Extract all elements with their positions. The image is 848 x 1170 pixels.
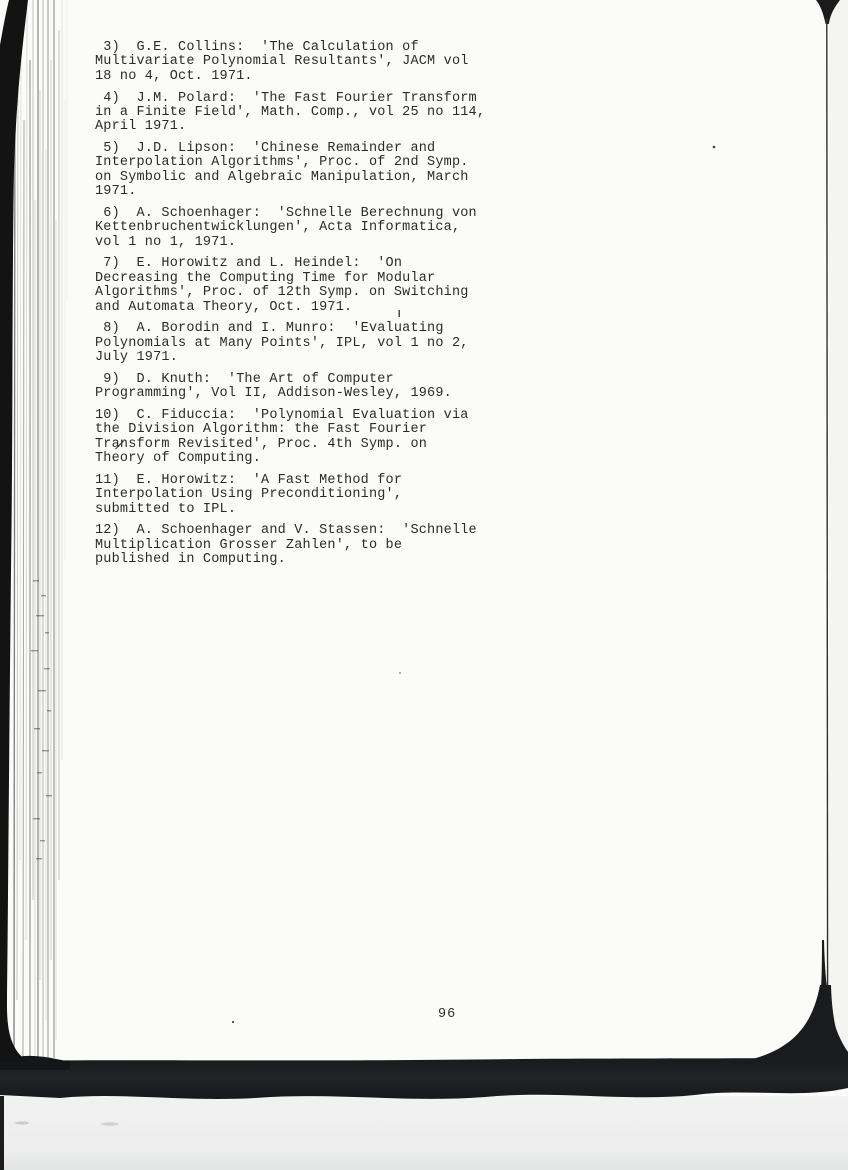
reference-line: Multiplication Grosser Zahlen', to be bbox=[95, 539, 555, 553]
reference-line: April 1971. bbox=[95, 120, 555, 134]
reference-line: Interpolation Using Preconditioning', bbox=[95, 488, 555, 502]
scanner-area-below-page bbox=[0, 1096, 848, 1170]
reference-item: 12) A. Schoenhager and V. Stassen: 'Schn… bbox=[95, 524, 555, 567]
reference-line: Polynomials at Many Points', IPL, vol 1 … bbox=[95, 337, 555, 351]
reference-line: and Automata Theory, Oct. 1971. bbox=[95, 301, 555, 315]
reference-line: Interpolation Algorithms', Proc. of 2nd … bbox=[95, 156, 555, 170]
reference-line: 18 no 4, Oct. 1971. bbox=[95, 70, 555, 84]
reference-item: 9) D. Knuth: 'The Art of ComputerProgram… bbox=[95, 373, 555, 402]
reference-line: 7) E. Horowitz and L. Heindel: 'On bbox=[95, 257, 555, 271]
reference-item: 3) G.E. Collins: 'The Calculation ofMult… bbox=[95, 41, 555, 84]
reference-line: on Symbolic and Algebraic Manipulation, … bbox=[95, 171, 555, 185]
reference-line: Transform Revisited', Proc. 4th Symp. on bbox=[95, 438, 555, 452]
references-list: 3) G.E. Collins: 'The Calculation ofMult… bbox=[95, 41, 555, 575]
binding-edge-artifact bbox=[0, 0, 67, 1062]
reference-line: 3) G.E. Collins: 'The Calculation of bbox=[95, 41, 555, 55]
right-edge-artifact bbox=[810, 0, 848, 1070]
reference-line: in a Finite Field', Math. Comp., vol 25 … bbox=[95, 106, 555, 120]
reference-item: 10) C. Fiduccia: 'Polynomial Evaluation … bbox=[95, 409, 555, 466]
reference-line: Algorithms', Proc. of 12th Symp. on Swit… bbox=[95, 286, 555, 300]
reference-line: 1971. bbox=[95, 185, 555, 199]
reference-item: 11) E. Horowitz: 'A Fast Method forInter… bbox=[95, 474, 555, 517]
reference-line: 6) A. Schoenhager: 'Schnelle Berechnung … bbox=[95, 207, 555, 221]
reference-item: 4) J.M. Polard: 'The Fast Fourier Transf… bbox=[95, 92, 555, 135]
reference-line: 4) J.M. Polard: 'The Fast Fourier Transf… bbox=[95, 92, 555, 106]
reference-line: 11) E. Horowitz: 'A Fast Method for bbox=[95, 474, 555, 488]
reference-line: Decreasing the Computing Time for Modula… bbox=[95, 272, 555, 286]
reference-line: Programming', Vol II, Addison-Wesley, 19… bbox=[95, 387, 555, 401]
reference-line: Multivariate Polynomial Resultants', JAC… bbox=[95, 55, 555, 69]
reference-line: 9) D. Knuth: 'The Art of Computer bbox=[95, 373, 555, 387]
reference-line: Kettenbruchentwicklungen', Acta Informat… bbox=[95, 221, 555, 235]
page-number: 96 bbox=[438, 1008, 456, 1022]
reference-line: submitted to IPL. bbox=[95, 503, 555, 517]
reference-line: Theory of Computing. bbox=[95, 452, 555, 466]
reference-item: 7) E. Horowitz and L. Heindel: 'OnDecrea… bbox=[95, 257, 555, 314]
reference-line: vol 1 no 1, 1971. bbox=[95, 236, 555, 250]
reference-line: 10) C. Fiduccia: 'Polynomial Evaluation … bbox=[95, 409, 555, 423]
reference-line: 12) A. Schoenhager and V. Stassen: 'Schn… bbox=[95, 524, 555, 538]
reference-line: 5) J.D. Lipson: 'Chinese Remainder and bbox=[95, 142, 555, 156]
reference-line: the Division Algorithm: the Fast Fourier bbox=[95, 423, 555, 437]
scanned-paper-page: 3) G.E. Collins: 'The Calculation ofMult… bbox=[0, 0, 848, 1170]
reference-line: published in Computing. bbox=[95, 553, 555, 567]
reference-item: 5) J.D. Lipson: 'Chinese Remainder andIn… bbox=[95, 142, 555, 199]
reference-line: July 1971. bbox=[95, 351, 555, 365]
reference-line: 8) A. Borodin and I. Munro: 'Evaluating bbox=[95, 322, 555, 336]
reference-item: 6) A. Schoenhager: 'Schnelle Berechnung … bbox=[95, 207, 555, 250]
bottom-band-artifact bbox=[0, 985, 848, 1099]
reference-item: 8) A. Borodin and I. Munro: 'EvaluatingP… bbox=[95, 322, 555, 365]
